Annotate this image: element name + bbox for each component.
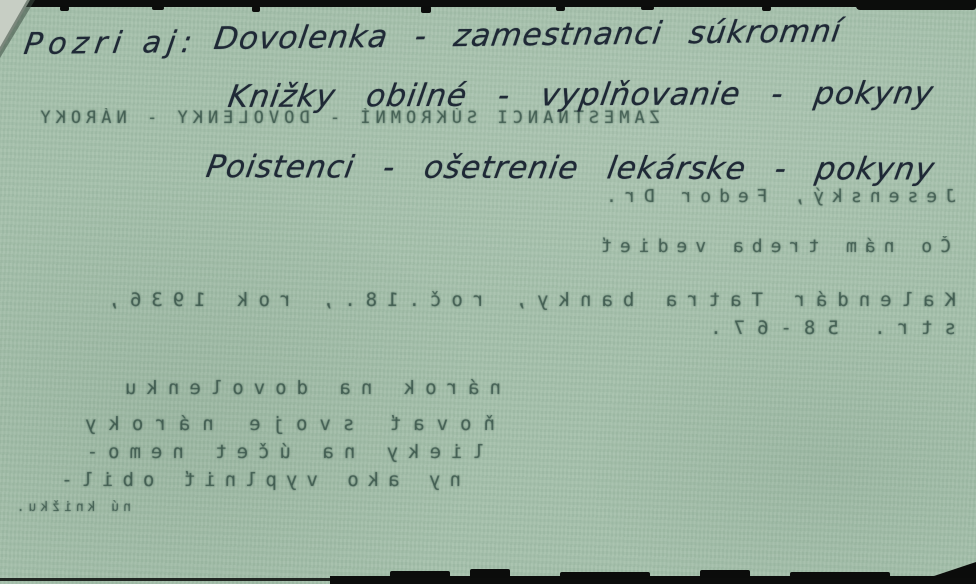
card-bottom-edge-thin bbox=[0, 578, 345, 581]
card-top-edge-notch bbox=[421, 6, 431, 13]
bleed-annotation-line: ňovať svoje nároky bbox=[55, 413, 495, 436]
card-top-edge-notch bbox=[641, 6, 654, 10]
handwritten-line: Dovolenka - zamestnanci súkromní bbox=[212, 16, 844, 55]
card-top-edge-notch bbox=[152, 6, 164, 10]
card-top-edge-notch bbox=[762, 6, 771, 11]
bleed-annotation-line: ny ako vyplniť obil- bbox=[33, 469, 461, 492]
card-top-right-edge bbox=[856, 0, 976, 10]
card-bottom-edge-blob bbox=[700, 570, 750, 578]
handwritten-line: Knižky obilné - vyplňovanie - pokyny bbox=[226, 78, 936, 113]
bleed-pages-line: str. 58-67. bbox=[690, 317, 956, 340]
card-top-edge-notch bbox=[556, 6, 565, 11]
card-bottom-edge-blob bbox=[560, 572, 650, 579]
card-top-edge-notch bbox=[252, 6, 260, 12]
bleed-annotation-line: nú knižku. bbox=[6, 500, 131, 516]
bleed-annotation-line: nárok na dovolenku bbox=[95, 377, 501, 400]
handwritten-see-also-prefix: Pozri aj: bbox=[22, 28, 200, 60]
bleed-source-line: Kalendár Tatra banky, roč.18., rok 1936, bbox=[95, 289, 956, 312]
handwritten-line: Poistenci - ošetrenie lekárske - pokyny bbox=[204, 152, 937, 186]
card-top-edge-notch bbox=[60, 6, 69, 11]
card-bottom-edge-blob bbox=[390, 571, 450, 578]
bleed-annotation-line: lieky na účet nemo- bbox=[58, 441, 484, 464]
bleed-author-line: Jesenský, Fedor Dr. bbox=[600, 186, 956, 208]
card-bottom-edge-blob bbox=[790, 572, 890, 579]
bleed-article-title-line: Čo nám treba vedieť bbox=[585, 236, 951, 258]
scanned-index-card: ZAMESTNANCI SÚKROMNÍ - DOVOLENKY - NÁROK… bbox=[0, 0, 976, 584]
card-bottom-edge-blob bbox=[470, 569, 510, 578]
